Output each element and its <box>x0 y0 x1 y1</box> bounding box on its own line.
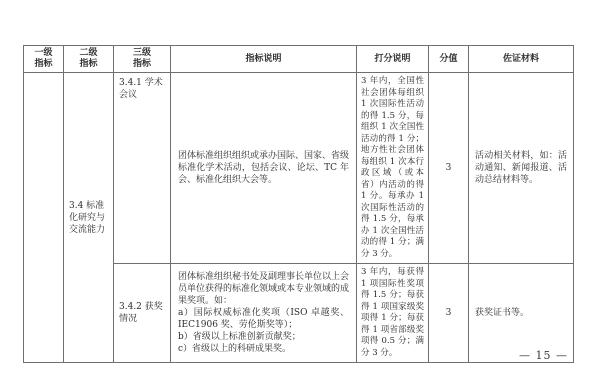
document-page: 一级 指标 二级 指标 三级 指标 指标说明 打分说明 分值 佐证材料 3.4 … <box>0 0 600 383</box>
level3-indicator-cell: 3.4.2 获奖情况 <box>114 264 171 363</box>
supporting-material-cell: 获奖证书等。 <box>469 264 574 363</box>
level3-indicator-cell: 3.4.1 学术会议 <box>114 73 171 264</box>
level2-indicator-cell: 3.4 标准化研究与交流能力 <box>64 73 114 363</box>
supporting-material-cell: 活动相关材料，如：活动通知、新闻报道、活动总结材料等。 <box>469 73 574 264</box>
level1-indicator-cell <box>24 73 64 363</box>
scoring-description-cell: 3 年内，全国性社会团体每组织 1 次国际性活动的得 1.5 分，每组织 1 次… <box>357 73 429 264</box>
header-indicator-description: 指标说明 <box>171 46 357 73</box>
indicator-description-cell: 团体标准组织组织或承办国际、国家、省级标准化学术活动，包括会议、论坛、TC 年会… <box>171 73 357 264</box>
header-supporting-material: 佐证材料 <box>469 46 574 73</box>
table-header-row: 一级 指标 二级 指标 三级 指标 指标说明 打分说明 分值 佐证材料 <box>24 46 574 73</box>
header-level2-indicator: 二级 指标 <box>64 46 114 73</box>
evaluation-indicator-table: 一级 指标 二级 指标 三级 指标 指标说明 打分说明 分值 佐证材料 3.4 … <box>23 45 574 363</box>
score-value-cell: 3 <box>429 73 469 264</box>
indicator-description-cell: 团体标准组织秘书处及副理事长单位以上会员单位获得的标准化领域或本专业领域的成果奖… <box>171 264 357 363</box>
scoring-description-cell: 3 年内，每获得 1 项国际性奖项得 1.5 分；每获得 1 项国家级奖项得 1… <box>357 264 429 363</box>
page-number: — 15 — <box>519 349 568 362</box>
header-scoring-description: 打分说明 <box>357 46 429 73</box>
header-level3-indicator: 三级 指标 <box>114 46 171 73</box>
table-row: 3.4 标准化研究与交流能力 3.4.1 学术会议 团体标准组织组织或承办国际、… <box>24 73 574 264</box>
header-score-value: 分值 <box>429 46 469 73</box>
header-level1-indicator: 一级 指标 <box>24 46 64 73</box>
score-value-cell: 3 <box>429 264 469 363</box>
